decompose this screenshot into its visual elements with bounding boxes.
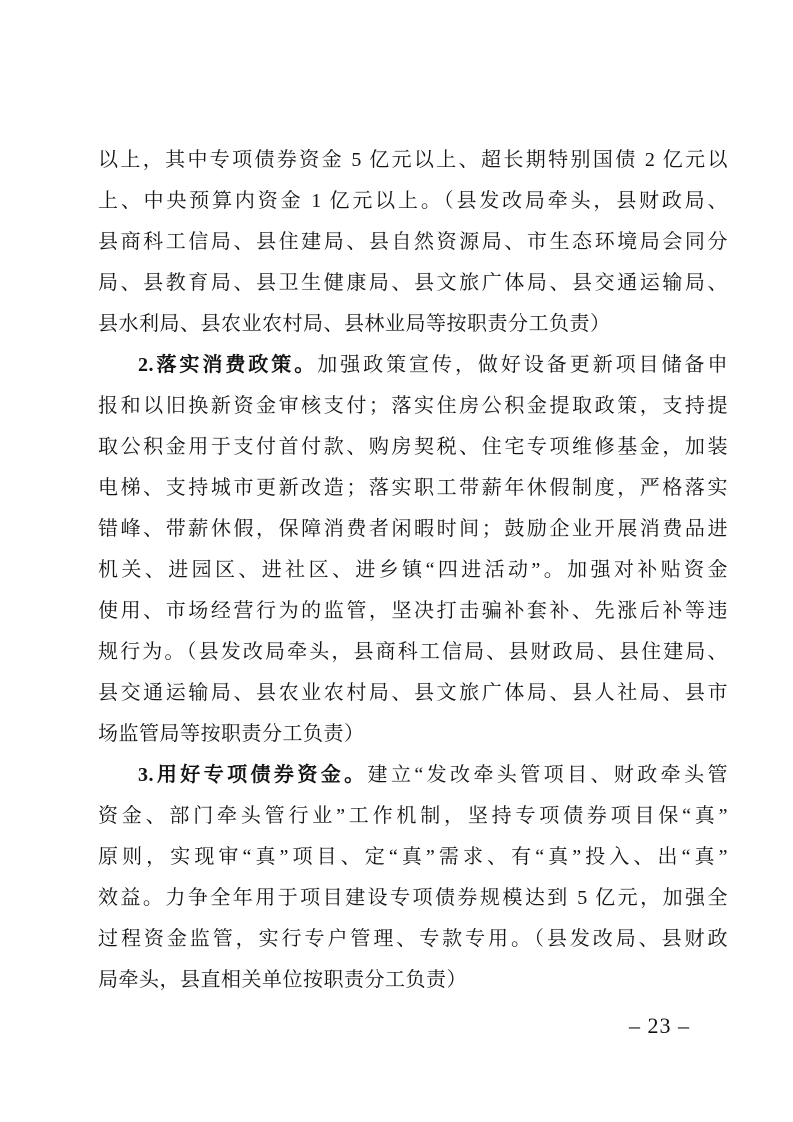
text-line: 县交通运输局、县农业农村局、县文旅广体局、县人社局、县市 bbox=[98, 673, 728, 714]
text-line: 规行为。（县发改局牵头，县商科工信局、县财政局、县住建局、 bbox=[98, 632, 728, 673]
text-line: 使用、市场经营行为的监管，坚决打击骗补套补、先涨后补等违 bbox=[98, 591, 728, 632]
text-line: 电梯、支持城市更新改造；落实职工带薪年休假制度，严格落实 bbox=[98, 468, 728, 509]
text-line: 取公积金用于支付首付款、购房契税、住宅专项维修基金，加装 bbox=[98, 427, 728, 468]
text-line: 场监管局等按职责分工负责） bbox=[98, 714, 728, 755]
text-line: 局牵头，县直相关单位按职责分工负责） bbox=[98, 960, 728, 1001]
text-line: 以上，其中专项债券资金 5 亿元以上、超长期特别国债 2 亿元以 bbox=[98, 140, 728, 181]
text-line: 原则，实现审“真”项目、定“真”需求、有“真”投入、出“真” bbox=[98, 837, 728, 878]
paragraph-3-heading: 3.用好专项债券资金。 bbox=[138, 764, 368, 786]
text-line: 资金、部门牵头管行业”工作机制，坚持专项债券项目保“真” bbox=[98, 796, 728, 837]
text-line: 错峰、带薪休假，保障消费者闲暇时间；鼓励企业开展消费品进 bbox=[98, 509, 728, 550]
paragraph-2-heading: 2.落实消费政策。 bbox=[138, 354, 317, 376]
paragraph-2-consumption-policy: 2.落实消费政策。加强政策宣传，做好设备更新项目储备申 报和以旧换新资金审核支付… bbox=[98, 345, 728, 755]
text-line: 过程资金监管，实行专户管理、专款专用。（县发改局、县财政 bbox=[98, 919, 728, 960]
text-line: 县水利局、县农业农村局、县林业局等按职责分工负责） bbox=[98, 304, 728, 345]
text-line: 效益。力争全年用于项目建设专项债券规模达到 5 亿元，加强全 bbox=[98, 878, 728, 919]
text-line: 上、中央预算内资金 1 亿元以上。（县发改局牵头，县财政局、 bbox=[98, 181, 728, 222]
page-number: – 23 – bbox=[629, 1012, 690, 1040]
text-run: 建立“发改牵头管项目、财政牵头管 bbox=[368, 764, 728, 786]
text-line: 县商科工信局、县住建局、县自然资源局、市生态环境局会同分 bbox=[98, 222, 728, 263]
text-run: 加强政策宣传，做好设备更新项目储备申 bbox=[317, 354, 728, 376]
document-page: 以上，其中专项债券资金 5 亿元以上、超长期特别国债 2 亿元以 上、中央预算内… bbox=[0, 0, 793, 1122]
paragraph-continuation: 以上，其中专项债券资金 5 亿元以上、超长期特别国债 2 亿元以 上、中央预算内… bbox=[98, 140, 728, 345]
paragraph-3-special-bonds: 3.用好专项债券资金。建立“发改牵头管项目、财政牵头管 资金、部门牵头管行业”工… bbox=[98, 755, 728, 1001]
text-line: 报和以旧换新资金审核支付；落实住房公积金提取政策，支持提 bbox=[98, 386, 728, 427]
text-line: 2.落实消费政策。加强政策宣传，做好设备更新项目储备申 bbox=[98, 345, 728, 386]
document-body: 以上，其中专项债券资金 5 亿元以上、超长期特别国债 2 亿元以 上、中央预算内… bbox=[98, 140, 728, 1001]
text-line: 3.用好专项债券资金。建立“发改牵头管项目、财政牵头管 bbox=[98, 755, 728, 796]
text-line: 机关、进园区、进社区、进乡镇“四进活动”。加强对补贴资金 bbox=[98, 550, 728, 591]
text-line: 局、县教育局、县卫生健康局、县文旅广体局、县交通运输局、 bbox=[98, 263, 728, 304]
